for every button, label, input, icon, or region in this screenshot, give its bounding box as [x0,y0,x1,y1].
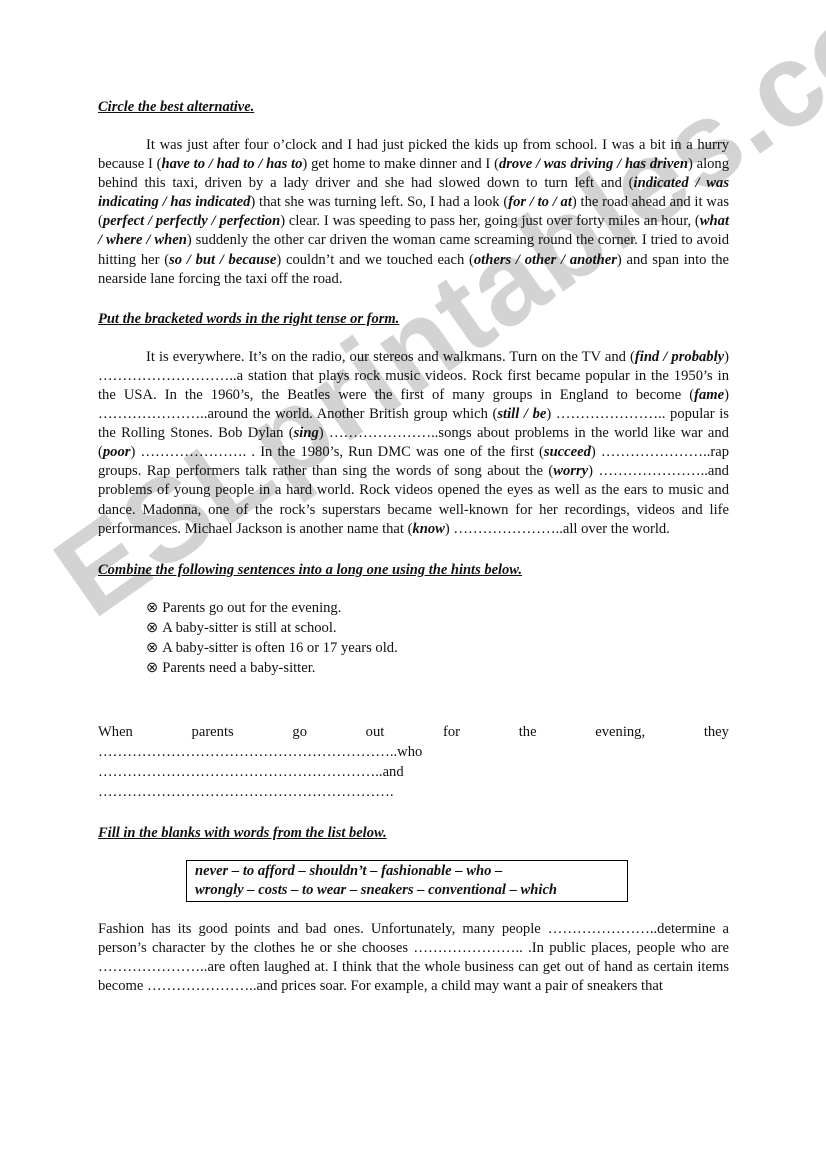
section-1-paragraph: It was just after four o’clock and I had… [98,136,729,289]
option-set[interactable]: perfect / perfectly / perfection [103,213,280,229]
section-2-paragraph: It is everywhere. It’s on the radio, our… [98,348,729,539]
circled-times-icon: ⊗ [146,660,158,676]
section-3-heading: Combine the following sentences into a l… [98,561,729,579]
answer-blank-line[interactable]: ……………………………………………………. [98,782,729,802]
section-4-paragraph: Fashion has its good points and bad ones… [98,920,729,996]
circled-times-icon: ⊗ [146,640,158,656]
option-set[interactable]: know [412,521,444,537]
circled-times-icon: ⊗ [146,620,158,636]
option-set[interactable]: others / other / another [474,252,617,268]
option-set[interactable]: succeed [544,444,591,460]
hint-item: ⊗A baby-sitter is still at school. [146,618,729,638]
option-set[interactable]: sing [294,425,319,441]
section-1-heading: Circle the best alternative. [98,98,729,116]
option-set[interactable]: still / be [497,406,546,422]
option-set[interactable]: have to / had to / has to [162,156,303,172]
circled-times-icon: ⊗ [146,600,158,616]
option-set[interactable]: worry [553,463,588,479]
answer-first-line: When parents go out for the evening, the… [98,722,729,742]
option-set[interactable]: find / probably [635,349,724,365]
hint-list: ⊗Parents go out for the evening. ⊗A baby… [146,598,729,678]
option-set[interactable]: poor [103,444,131,460]
combine-answer-area: When parents go out for the evening, the… [98,722,729,802]
hint-item: ⊗Parents go out for the evening. [146,598,729,618]
option-set[interactable]: drove / was driving / has driven [499,156,688,172]
worksheet-page: Circle the best alternative. It was just… [98,98,729,996]
hint-item: ⊗A baby-sitter is often 16 or 17 years o… [146,638,729,658]
section-4-heading: Fill in the blanks with words from the l… [98,824,729,842]
answer-blank-line[interactable]: …………………………………………………..and [98,762,729,782]
word-list-box: never – to afford – shouldn’t – fashiona… [186,860,628,902]
word-list-line: never – to afford – shouldn’t – fashiona… [195,862,619,881]
word-list-line: wrongly – costs – to wear – sneakers – c… [195,881,619,900]
option-set[interactable]: for / to / at [508,194,572,210]
hint-item: ⊗Parents need a baby-sitter. [146,658,729,678]
answer-blank-line[interactable]: ……………………………………………………..who [98,742,729,762]
section-2-heading: Put the bracketed words in the right ten… [98,310,729,328]
option-set[interactable]: so / but / because [169,252,276,268]
option-set[interactable]: indicated / was indicating / has indicat… [98,175,729,210]
option-set[interactable]: fame [694,387,724,403]
